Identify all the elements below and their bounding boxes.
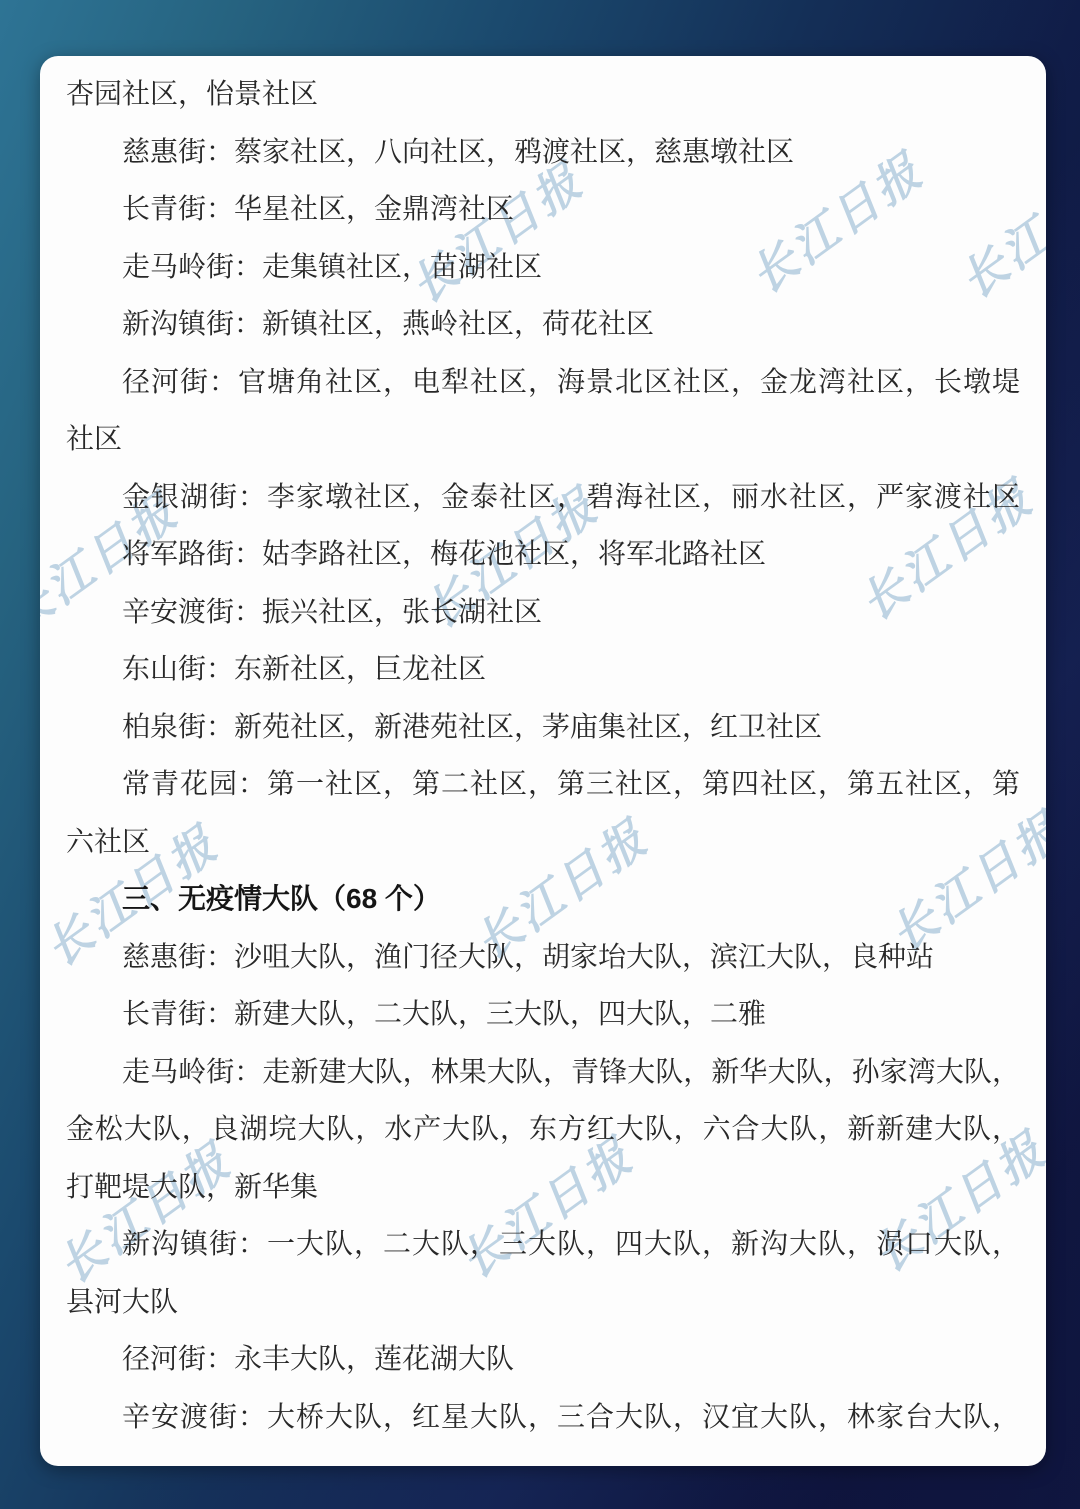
text-line: 常青花园：第一社区，第二社区，第三社区，第四社区，第五社区，第: [66, 755, 1020, 813]
text-line: 走马岭街：走新建大队，林果大队，青锋大队，新华大队，孙家湾大队，: [66, 1043, 1020, 1101]
text-line: 将军路街：姑李路社区，梅花池社区，将军北路社区: [66, 525, 1020, 583]
text-line: 径河街：永丰大队，莲花湖大队: [66, 1330, 1020, 1388]
document-text: 杏园社区，怡景社区慈惠街：蔡家社区，八向社区，鸦渡社区，慈惠墩社区长青街：华星社…: [66, 65, 1020, 1445]
text-line: 六社区: [66, 813, 1020, 871]
text-line: 辛安渡街：振兴社区，张长湖社区: [66, 583, 1020, 641]
text-line: 新沟镇街：一大队，二大队，三大队，四大队，新沟大队，涢口大队，: [66, 1215, 1020, 1273]
text-line: 县河大队: [66, 1273, 1020, 1331]
text-line: 杏园社区，怡景社区: [66, 65, 1020, 123]
text-line: 金银湖街：李家墩社区，金泰社区，碧海社区，丽水社区，严家渡社区: [66, 468, 1020, 526]
text-line: 慈惠街：蔡家社区，八向社区，鸦渡社区，慈惠墩社区: [66, 123, 1020, 181]
text-line: 社区: [66, 410, 1020, 468]
text-line: 金松大队，良湖垸大队，水产大队，东方红大队，六合大队，新新建大队，: [66, 1100, 1020, 1158]
text-line: 新沟镇街：新镇社区，燕岭社区，荷花社区: [66, 295, 1020, 353]
text-line: 长青街：新建大队，二大队，三大队，四大队，二雅: [66, 985, 1020, 1043]
text-line: 东山街：东新社区，巨龙社区: [66, 640, 1020, 698]
text-line: 走马岭街：走集镇社区，苗湖社区: [66, 238, 1020, 296]
text-line: 辛安渡街：大桥大队，红星大队，三合大队，汉宜大队，林家台大队，: [66, 1388, 1020, 1446]
page-background: 长江日报长江日报长江日报长江日报长江日报长江日报长江日报长江日报长江日报长江日报…: [0, 0, 1080, 1509]
text-line: 打靶堤大队，新华集: [66, 1158, 1020, 1216]
document-page: 长江日报长江日报长江日报长江日报长江日报长江日报长江日报长江日报长江日报长江日报…: [40, 56, 1046, 1466]
text-line: 长青街：华星社区，金鼎湾社区: [66, 180, 1020, 238]
text-line: 慈惠街：沙咀大队，渔门径大队，胡家坮大队，滨江大队，良种站: [66, 928, 1020, 986]
section-heading: 三、无疫情大队（68 个）: [66, 870, 1020, 928]
text-line: 径河街：官塘角社区，电犁社区，海景北区社区，金龙湾社区，长墩堤: [66, 353, 1020, 411]
text-line: 柏泉街：新苑社区，新港苑社区，茅庙集社区，红卫社区: [66, 698, 1020, 756]
